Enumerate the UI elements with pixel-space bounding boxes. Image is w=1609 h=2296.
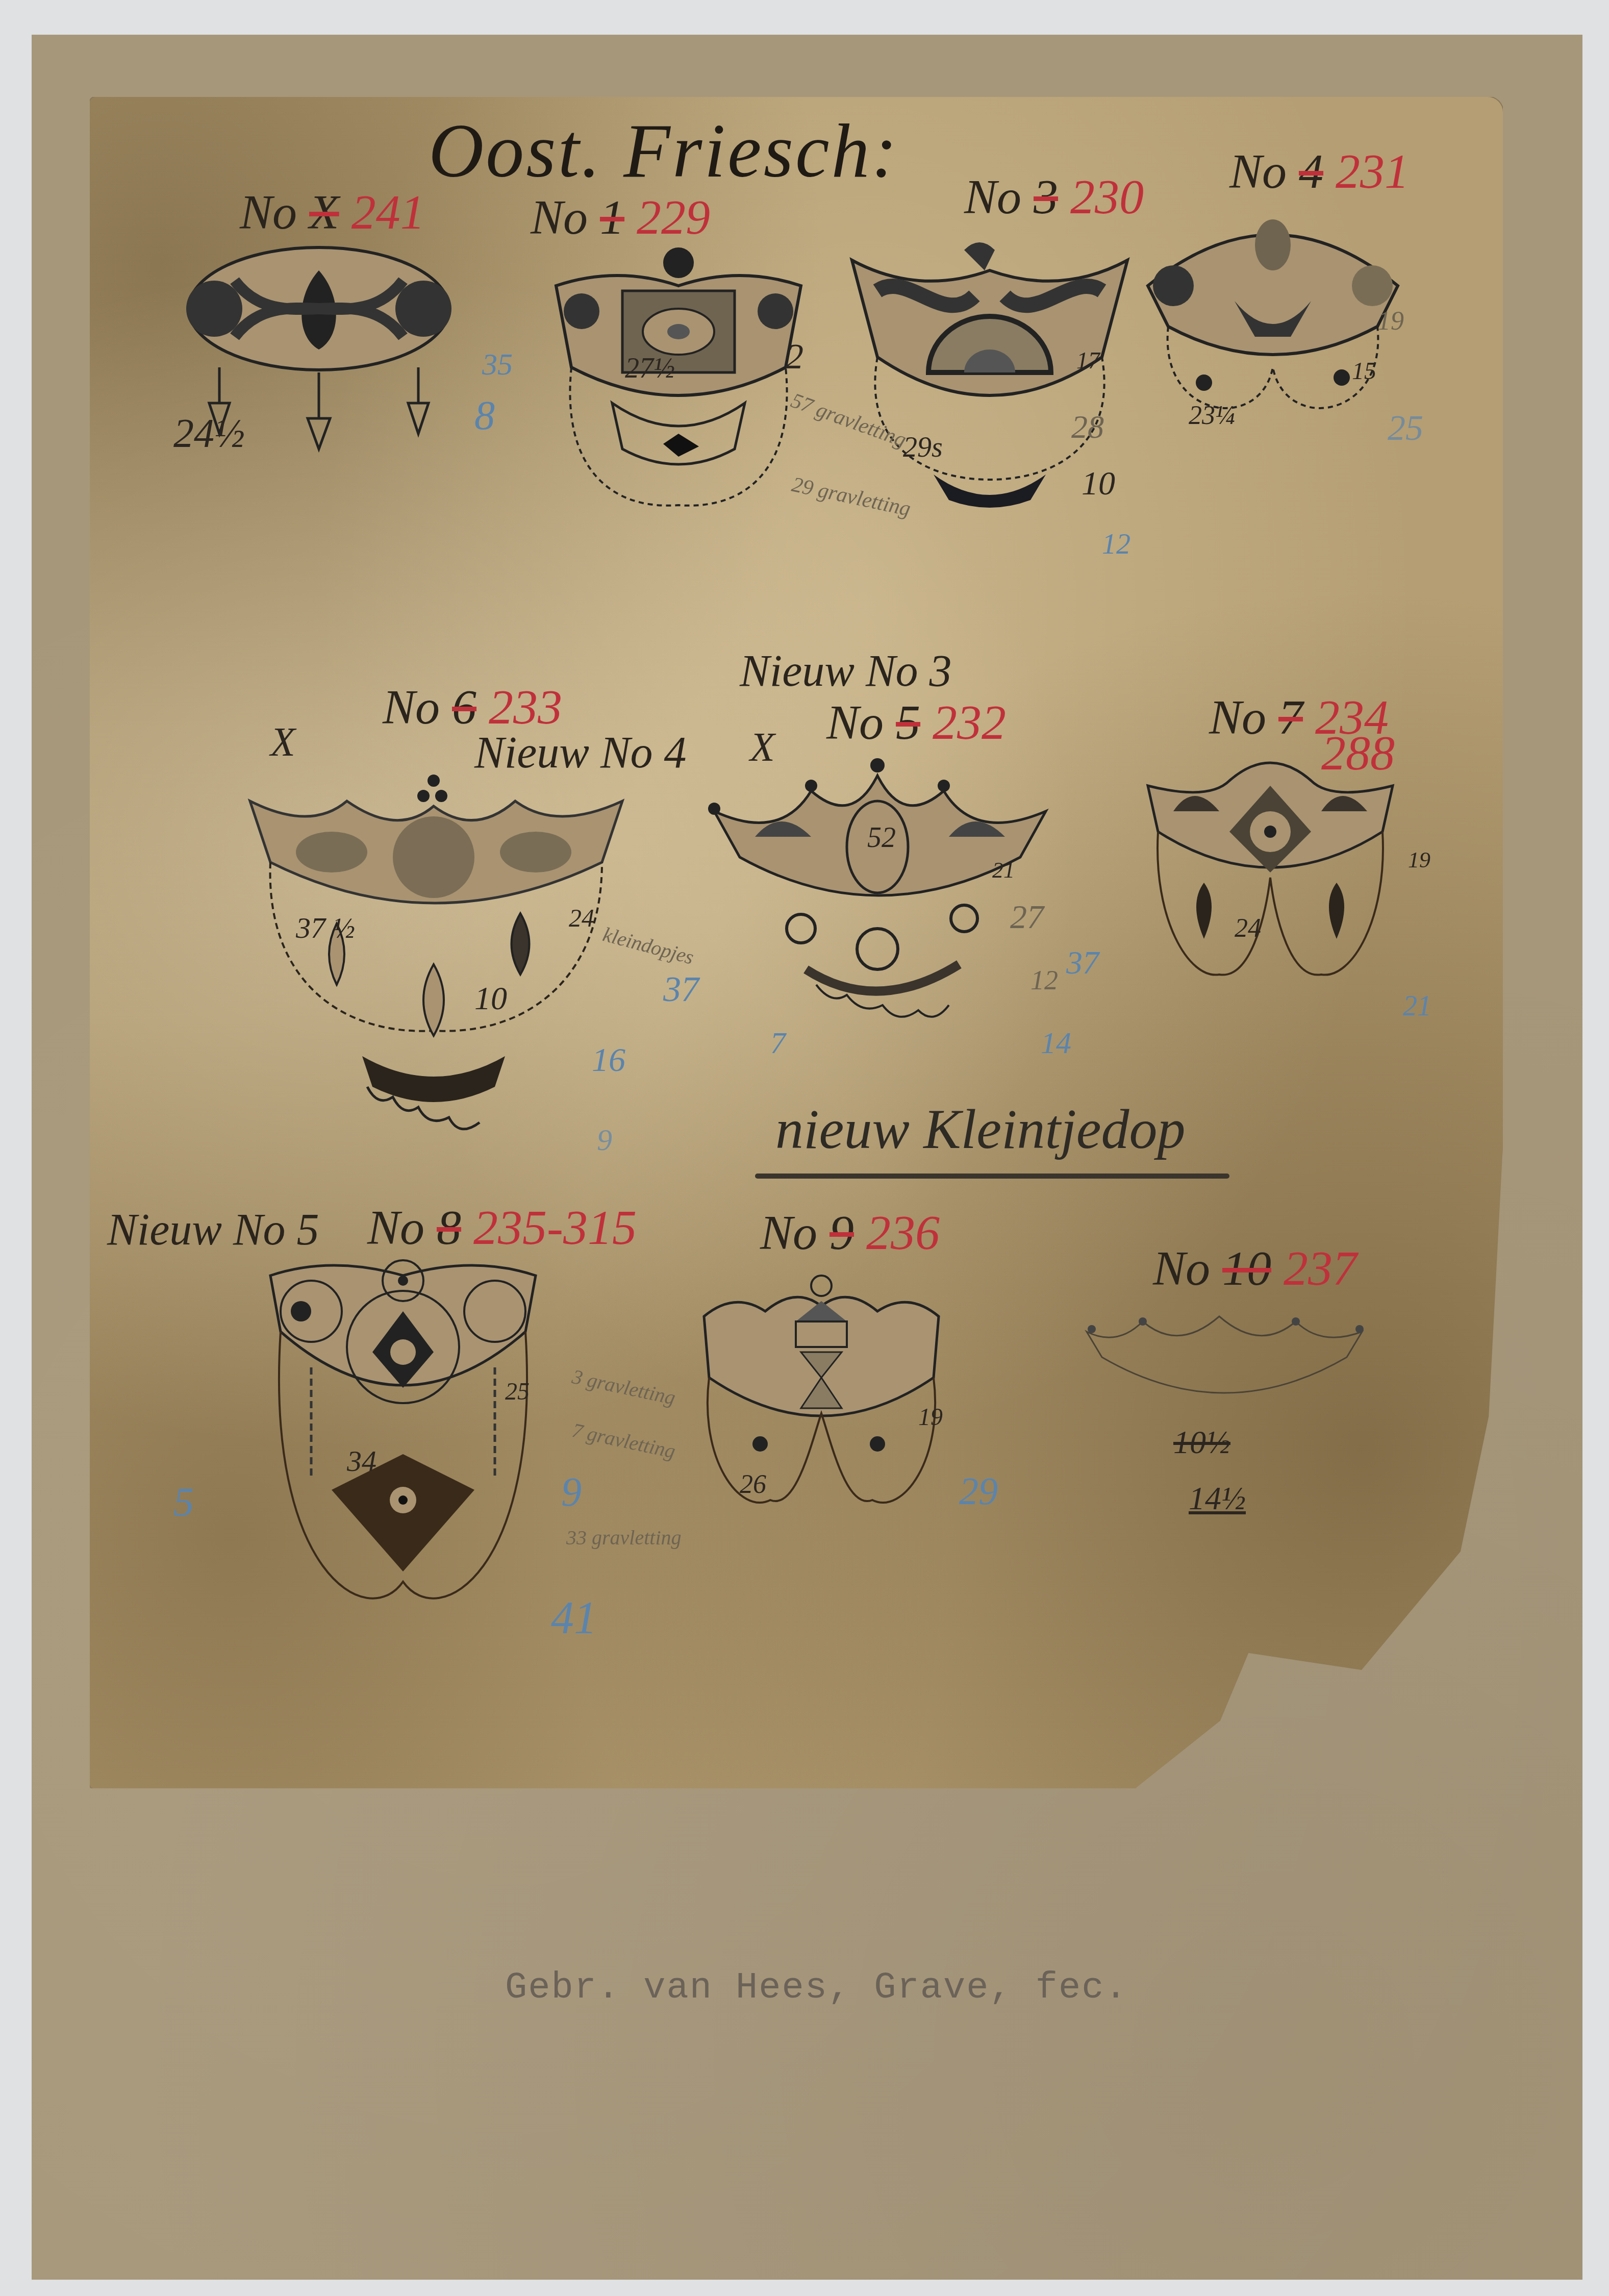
margin-note-12: 12 [1102,528,1130,561]
margin-note-37: 37 [663,969,699,1010]
margin-note-25: 25 [1388,408,1423,449]
center-note-230: 29s [903,431,943,464]
x-mark-233: X [270,719,295,766]
margin-note-17: 17 [1076,347,1100,374]
margin-note-15: 15 [1352,357,1376,385]
margin-note-14: 14 [1041,1026,1071,1061]
margin-note-21b: 21 [1403,990,1431,1022]
pendant-236-drawing [694,1276,949,1520]
margin-note-41: 41 [551,1592,597,1644]
pendant-233-drawing [245,770,627,1138]
design-label-231: No 4 231 [1229,143,1409,199]
center-note-232: 52 [867,821,896,854]
pendant-229-drawing [551,255,806,515]
margin-note-19b: 19 [1408,847,1430,873]
nieuw-label-3: Nieuw No 3 [740,645,952,697]
margin-note-28: 28 [1071,408,1104,446]
design-label-236: No 9 236 [760,1204,940,1261]
center-note-236: 26 [740,1469,766,1500]
center-note-233: 37 ½ [296,911,355,945]
margin-note-10: 10 [1082,464,1115,503]
margin-note-12b: 12 [1030,964,1058,996]
margin-note-16: 16 [592,1041,625,1080]
design-label-232: No 5 232 [826,694,1006,751]
design-label-241: No X 241 [240,184,425,240]
size-note-struck-237: 10½ [1173,1424,1230,1461]
size-note-241: 24½ [173,411,245,457]
margin-note-24: 24 [569,903,594,933]
pendant-234-drawing [1143,755,1398,995]
margin-note-10b: 10 [474,980,507,1017]
design-label-237: No 10 237 [1153,1240,1357,1296]
size-note-237: 14½ [1189,1480,1246,1517]
margin-note-19: 19 [1377,306,1404,336]
sheet-title: Oost. Friesch: [429,107,899,195]
pendant-237-drawing [1082,1306,1367,1408]
margin-note-25b: 25 [505,1378,530,1406]
center-note-235: 34 [347,1444,376,1478]
margin-note-9b: 9 [561,1469,582,1516]
design-label-230: No 3 230 [964,168,1144,225]
pendant-235-drawing [265,1265,541,1633]
maker-stamp: Gebr. van Hees, Grave, fec. [505,1967,1128,2009]
margin-note-19c: 19 [918,1403,943,1431]
margin-note-5: 5 [173,1480,194,1526]
center-note-231: 23¼ [1189,401,1235,431]
pendant-231-drawing [1143,214,1403,429]
margin-note-33-gravletting: 33 gravletting [566,1526,682,1550]
kleintjedop-underline [755,1174,1229,1179]
center-note-234: 24 [1235,913,1261,943]
margin-note-29: 29 [959,1469,998,1514]
design-label-229: No 1 229 [531,189,710,245]
nieuw-kleintjedop-note: nieuw Kleintjedop [775,1097,1186,1162]
margin-note-8: 8 [474,393,495,439]
design-label-235-315: No 8 235-315 [367,1199,637,1256]
margin-note-21: 21 [992,857,1015,883]
margin-note-27: 27 [1010,898,1044,937]
pendant-232-drawing [704,760,1056,1046]
nieuw-label-5: Nieuw No 5 [107,1204,319,1256]
margin-note-35: 35 [482,347,513,382]
margin-note-7: 7 [770,1026,786,1061]
margin-note-37b: 37 [1066,944,1099,982]
margin-note-9: 9 [597,1122,612,1158]
margin-note-2: 2 [786,337,803,378]
center-note-229: 27½ [625,352,675,385]
